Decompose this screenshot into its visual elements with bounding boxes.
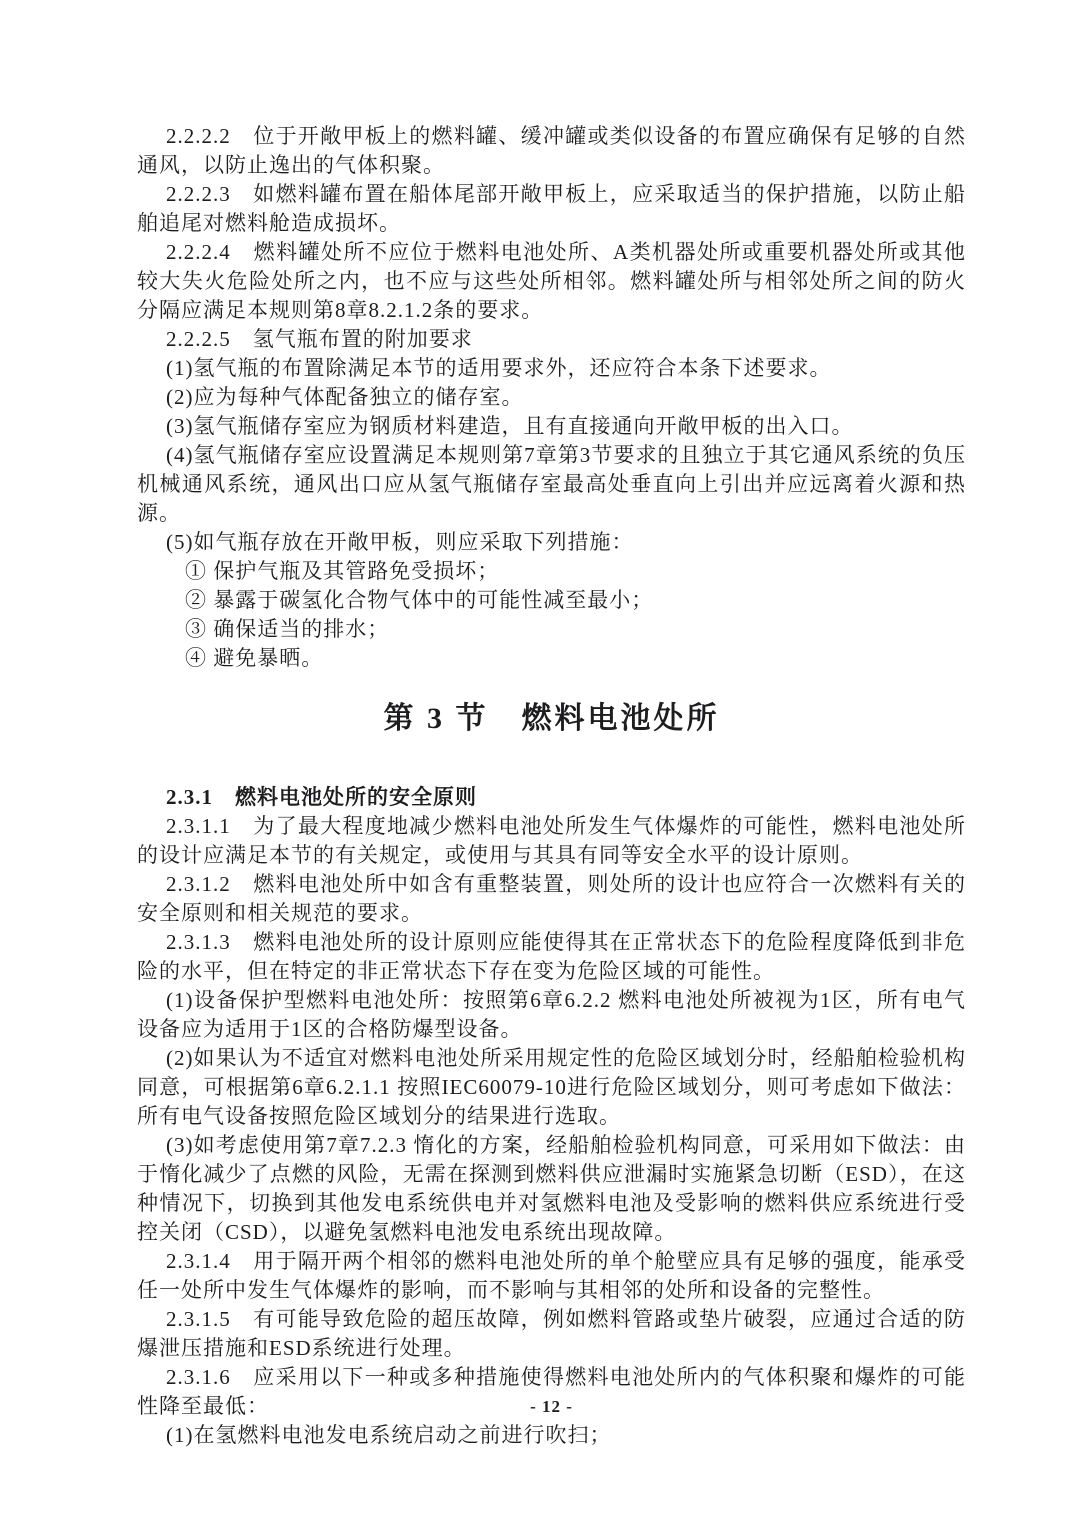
page-number: - 12 - [137,1396,966,1418]
paragraph-2-3-1-2: 2.3.1.2 燃料电池处所中如含有重整装置，则处所的设计也应符合一次燃料有关的… [137,870,966,928]
paragraph-2-3-1-5: 2.3.1.5 有可能导致危险的超压故障，例如燃料管路或垫片破裂，应通过合适的防… [137,1305,966,1363]
paragraph-2-2-2-5-item-1: (1)氢气瓶的布置除满足本节的适用要求外，还应符合本条下述要求。 [137,354,966,383]
circled-list-item-4: ④ 避免暴晒。 [185,644,966,673]
circled-list-item-2: ② 暴露于碳氢化合物气体中的可能性减至最小； [185,586,966,615]
paragraph-2-3-1-1: 2.3.1.1 为了最大程度地减少燃料电池处所发生气体爆炸的可能性，燃料电池处所… [137,812,966,870]
paragraph-2-2-2-2: 2.2.2.2 位于开敞甲板上的燃料罐、缓冲罐或类似设备的布置应确保有足够的自然… [137,122,966,180]
paragraph-2-2-2-3: 2.2.2.3 如燃料罐布置在船体尾部开敞甲板上，应采取适当的保护措施，以防止船… [137,180,966,238]
paragraph-2-2-2-4: 2.2.2.4 燃料罐处所不应位于燃料电池处所、A类机器处所或重要机器处所或其他… [137,238,966,325]
paragraph-2-3-1-4: 2.3.1.4 用于隔开两个相邻的燃料电池处所的单个舱壁应具有足够的强度，能承受… [137,1247,966,1305]
paragraph-2-2-2-5: 2.2.2.5 氢气瓶布置的附加要求 [137,325,966,354]
paragraph-2-3-1-3: 2.3.1.3 燃料电池处所的设计原则应能使得其在正常状态下的危险程度降低到非危… [137,928,966,986]
paragraph-2-2-2-5-item-4: (4)氢气瓶储存室应设置满足本规则第7章第3节要求的且独立于其它通风系统的负压机… [137,441,966,528]
paragraph-2-3-1-3-item-3: (3)如考虑使用第7章7.2.3 惰化的方案，经船舶检验机构同意，可采用如下做法… [137,1131,966,1247]
paragraph-2-3-1-6-item-1: (1)在氢燃料电池发电系统启动之前进行吹扫； [137,1421,966,1450]
document-page: 2.2.2.2 位于开敞甲板上的燃料罐、缓冲罐或类似设备的布置应确保有足够的自然… [0,0,1080,1528]
paragraph-2-3-1-heading: 2.3.1 燃料电池处所的安全原则 [137,783,966,812]
section-3-heading: 第 3 节 燃料电池处所 [137,701,966,737]
paragraph-2-3-1-3-item-1: (1)设备保护型燃料电池处所：按照第6章6.2.2 燃料电池处所被视为1区，所有… [137,986,966,1044]
page-content: 2.2.2.2 位于开敞甲板上的燃料罐、缓冲罐或类似设备的布置应确保有足够的自然… [137,122,966,1450]
circled-list-item-3: ③ 确保适当的排水； [185,615,966,644]
paragraph-2-3-1-3-item-2: (2)如果认为不适宜对燃料电池处所采用规定性的危险区域划分时，经船舶检验机构同意… [137,1044,966,1131]
paragraph-2-2-2-5-item-2: (2)应为每种气体配备独立的储存室。 [137,383,966,412]
circled-list-item-1: ① 保护气瓶及其管路免受损坏； [185,557,966,586]
paragraph-2-2-2-5-item-5: (5)如气瓶存放在开敞甲板，则应采取下列措施： [137,528,966,557]
paragraph-2-2-2-5-item-3: (3)氢气瓶储存室应为钢质材料建造，且有直接通向开敞甲板的出入口。 [137,412,966,441]
